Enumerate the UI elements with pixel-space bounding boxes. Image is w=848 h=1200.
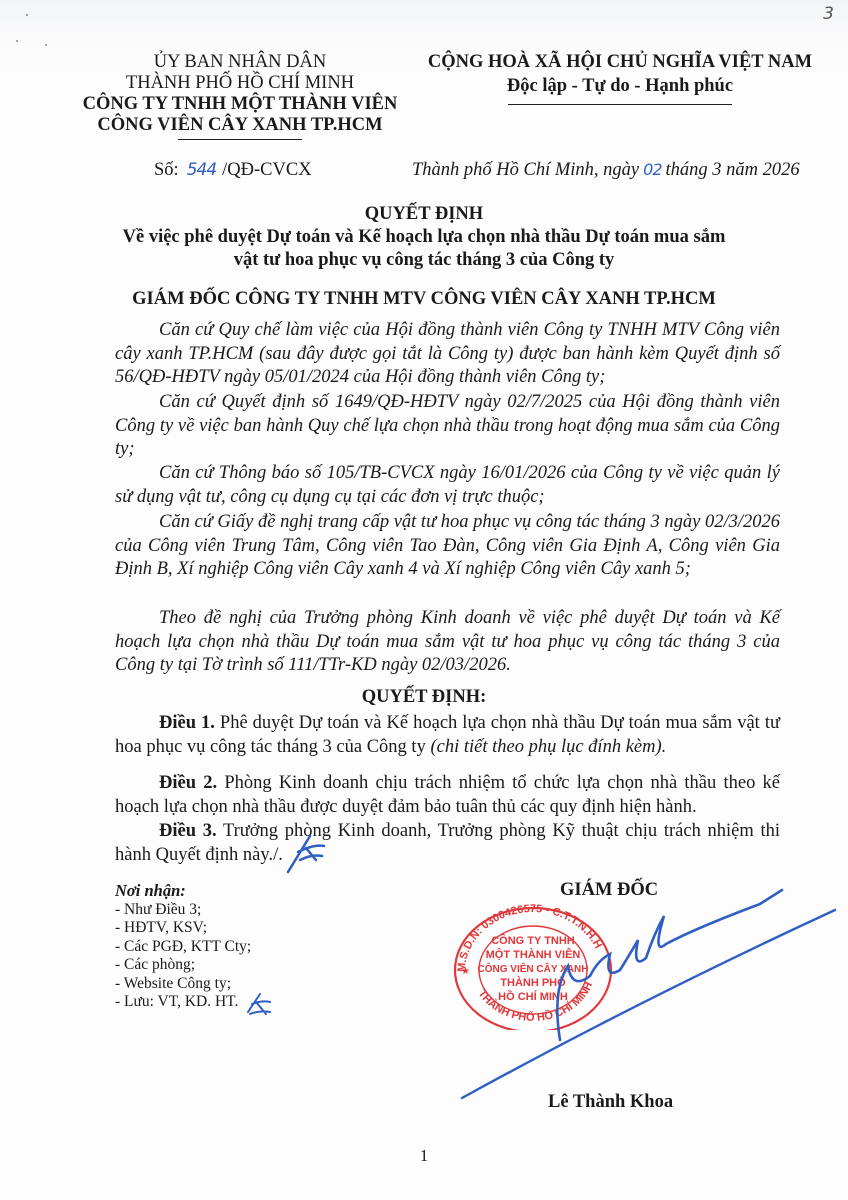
legal-basis-4: Căn cứ Giấy đề nghị trang cấp vật tư hoa… [115, 511, 780, 582]
initial-mark-icon [280, 830, 330, 875]
issuer-title: GIÁM ĐỐC CÔNG TY TNHH MTV CÔNG VIÊN CÂY … [80, 289, 768, 310]
article-2: Điều 2. Phòng Kinh doanh chịu trách nhiệ… [115, 772, 780, 819]
legal-basis-text: Căn cứ Thông báo số 105/TB-CVCX ngày 16/… [115, 463, 780, 507]
seal-inner-line: CÔNG TY TNHH [491, 934, 575, 947]
doc-number-handwritten: 544 [179, 160, 222, 180]
legal-basis-5: Theo đề nghị của Trưởng phòng Kinh doanh… [115, 607, 780, 678]
agency-line-1: ỦY BAN NHÂN DÂN [60, 52, 420, 73]
national-motto-header: CỘNG HOÀ XÃ HỘI CHỦ NGHĨA VIỆT NAM Độc l… [400, 50, 840, 105]
legal-basis-text: Căn cứ Giấy đề nghị trang cấp vật tư hoa… [115, 512, 780, 579]
legal-basis-text: Căn cứ Quy chế làm việc của Hội đồng thà… [115, 320, 780, 387]
company-line-2: CÔNG VIÊN CÂY XANH TP.HCM [60, 115, 420, 136]
national-title: CỘNG HOÀ XÃ HỘI CHỦ NGHĨA VIỆT NAM [400, 50, 840, 74]
recipient-item: - Website Công ty; [115, 975, 251, 994]
svg-text:★: ★ [461, 966, 470, 977]
legal-basis-text: Theo đề nghị của Trưởng phòng Kinh doanh… [115, 608, 780, 675]
article-label: Điều 2. [159, 773, 217, 793]
header-underline [178, 139, 302, 140]
article-label: Điều 3. [159, 821, 217, 841]
date-suffix: tháng 3 năm 2026 [666, 160, 800, 180]
article-3: Điều 3. Trưởng phòng Kinh doanh, Trưởng … [115, 820, 780, 867]
page-number: 1 [0, 1146, 848, 1166]
legal-basis-2: Căn cứ Quyết định số 1649/QĐ-HĐTV ngày 0… [115, 391, 780, 462]
article-note: (chi tiết theo phụ lục đính kèm). [430, 737, 666, 757]
scan-speck [45, 44, 47, 46]
signatory-name: Lê Thành Khoa [548, 1092, 673, 1113]
recipient-item: - Như Điều 3; [115, 901, 251, 920]
seal-inner-line: THÀNH PHỐ [500, 975, 566, 989]
seal-inner-line: MỘT THÀNH VIÊN [486, 948, 581, 961]
scan-speck [16, 40, 18, 42]
title-heading: QUYẾT ĐỊNH [80, 203, 768, 226]
recipient-item: - Lưu: VT, KD. HT. [115, 993, 251, 1012]
motto-underline [508, 104, 732, 105]
page-mark: 3 [823, 4, 834, 24]
article-1: Điều 1. Phê duyệt Dự toán và Kế hoạch lự… [115, 712, 780, 759]
legal-basis-1: Căn cứ Quy chế làm việc của Hội đồng thà… [115, 319, 780, 390]
scan-speck [26, 14, 28, 16]
recipients-heading: Nơi nhận: [115, 882, 251, 901]
recipients-list: Nơi nhận: - Như Điều 3; - HĐTV, KSV; - C… [115, 882, 251, 1012]
document-page: 3 ỦY BAN NHÂN DÂN THÀNH PHỐ HỒ CHÍ MINH … [0, 0, 848, 1200]
doc-number-prefix: Số: [154, 160, 179, 180]
title-subject-1: Về việc phê duyệt Dự toán và Kế hoạch lự… [80, 226, 768, 249]
legal-basis-3: Căn cứ Thông báo số 105/TB-CVCX ngày 16/… [115, 462, 780, 509]
initial-mark-icon [244, 990, 274, 1018]
document-number: Số:544/QĐ-CVCX [154, 160, 312, 181]
recipient-item: - Các phòng; [115, 956, 251, 975]
article-label: Điều 1. [159, 713, 215, 733]
document-date: Thành phố Hồ Chí Minh, ngày02tháng 3 năm… [412, 160, 800, 181]
decision-heading: QUYẾT ĐỊNH: [80, 687, 768, 708]
seal-inner-line: HỒ CHÍ MINH [498, 990, 568, 1003]
date-prefix: Thành phố Hồ Chí Minh, ngày [412, 160, 639, 180]
issuing-agency-header: ỦY BAN NHÂN DÂN THÀNH PHỐ HỒ CHÍ MINH CÔ… [60, 52, 420, 140]
signatory-title: GIÁM ĐỐC [560, 880, 658, 901]
recipient-item: - HĐTV, KSV; [115, 919, 251, 938]
date-day-handwritten: 02 [639, 160, 665, 179]
title-subject-2: vật tư hoa phục vụ công tác tháng 3 của … [80, 249, 768, 272]
seal-inner-line: CÔNG VIÊN CÂY XANH [478, 962, 589, 975]
doc-number-suffix: /QĐ-CVCX [222, 160, 311, 180]
company-line-1: CÔNG TY TNHH MỘT THÀNH VIÊN [60, 94, 420, 115]
national-motto: Độc lập - Tự do - Hạnh phúc [400, 74, 840, 98]
agency-line-2: THÀNH PHỐ HỒ CHÍ MINH [60, 73, 420, 94]
legal-basis-text: Căn cứ Quyết định số 1649/QĐ-HĐTV ngày 0… [115, 392, 780, 459]
document-title: QUYẾT ĐỊNH Về việc phê duyệt Dự toán và … [80, 203, 768, 272]
company-seal-icon: M.S.D.N: 0300426575 - C.T.T.N.H.H THÀNH … [443, 900, 621, 1030]
recipient-item: - Các PGĐ, KTT Cty; [115, 938, 251, 957]
